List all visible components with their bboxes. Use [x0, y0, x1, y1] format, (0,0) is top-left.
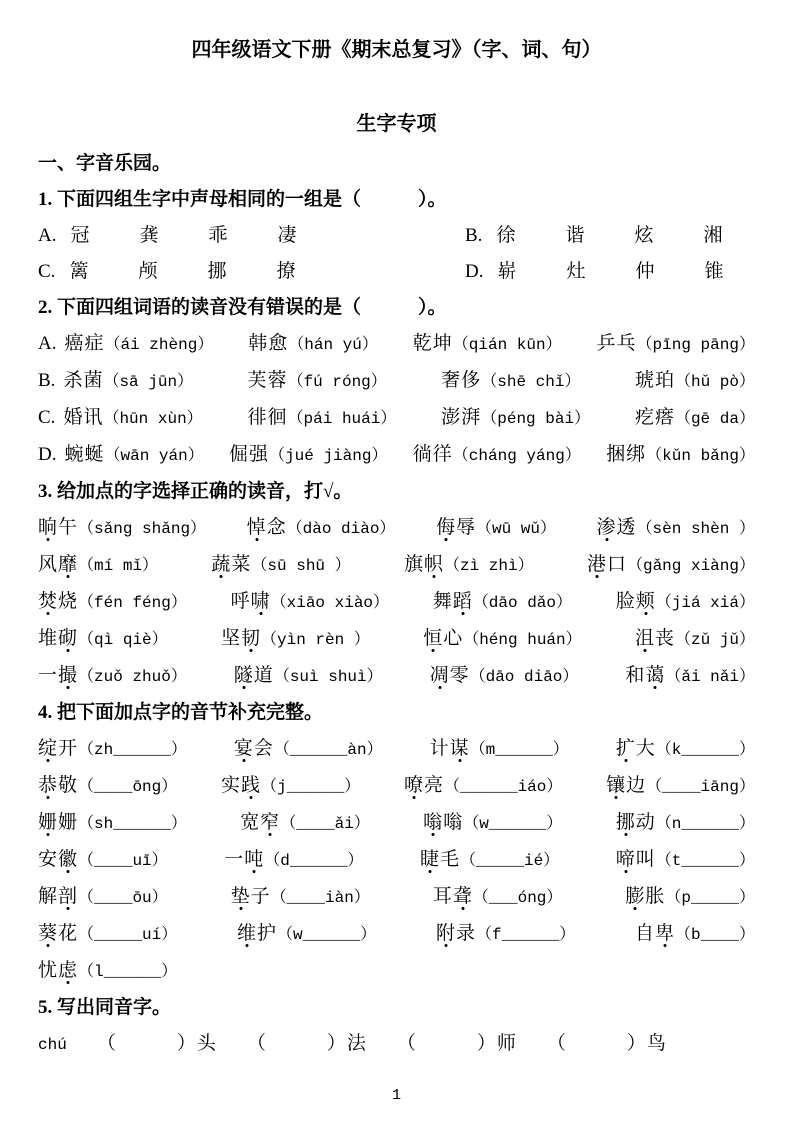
word-text: 自卑	[635, 923, 675, 944]
word-item: B.杀菌（sā jūn）	[38, 363, 193, 400]
q5-heading: 5. 写出同音字。	[38, 990, 755, 1026]
word-text: 恒心	[423, 628, 463, 649]
page-title: 四年级语文下册《期末总复习》（字、词、句）	[38, 36, 755, 64]
word-text: 隧道	[234, 665, 274, 686]
word-item: 脸颊（jiá xiá）	[616, 584, 755, 621]
q2-row-b: B.杀菌（sā jūn） 芙蓉（fú róng） 奢侈（shē chǐ） 琥珀（…	[38, 363, 755, 400]
pinyin-lead: chú	[38, 1027, 67, 1063]
word-text: 堆砌	[38, 628, 78, 649]
word-text: 乾坤	[413, 333, 453, 354]
word-text: 恭敬	[38, 775, 78, 796]
page-number: 1	[0, 1087, 793, 1104]
word-item: C.婚讯（hūn xùn）	[38, 400, 203, 437]
word-item: 乒乓（pīng pāng）	[597, 326, 755, 363]
q1-option-b: B.徐谐炫湘	[465, 218, 723, 254]
q1-option-c: C.篱颅挪撩	[38, 254, 465, 290]
word-item: 港口（gǎng xiàng）	[587, 547, 755, 584]
option-label: A.	[38, 225, 56, 246]
word-text: 癌症	[64, 333, 104, 354]
syllable-blank: （b____）	[675, 926, 755, 944]
word-item: 一吨（d______）	[224, 842, 363, 879]
pinyin-text: （wān yán）	[105, 447, 204, 465]
syllable-blank: （zh______）	[78, 741, 187, 759]
syllable-blank: （sh______）	[78, 815, 187, 833]
pinyin-text: （zì zhì）	[444, 557, 534, 575]
word-text: 倔强	[229, 444, 269, 465]
word-item: 解剖（____ōu）	[38, 879, 168, 916]
blank-word: （ ）鸟	[547, 1026, 667, 1062]
q4-row: 姗姗（sh______） 宽窄（____ǎi） 嗡嗡（w______） 挪动（n…	[38, 805, 755, 842]
pinyin-text: （wū wǔ）	[476, 520, 556, 538]
pinyin-text: （cháng yáng）	[453, 447, 581, 465]
word-item: D.蜿蜒（wān yán）	[38, 437, 204, 474]
word-text: 舞蹈	[433, 591, 473, 612]
pinyin-text: （héng huán）	[463, 631, 581, 649]
word-item: 坚韧（yìn rèn ）	[221, 621, 370, 658]
word-text: 实践	[221, 775, 261, 796]
word-item: 嘹亮（______iáo）	[404, 768, 562, 805]
word-item: 焚烧（fén féng）	[38, 584, 187, 621]
pinyin-text: （gǎng xiàng）	[627, 557, 755, 575]
pinyin-text: （dāo dǎo）	[473, 594, 572, 612]
word-item: 啼叫（t______）	[616, 842, 755, 879]
pinyin-text: （dāo diāo）	[470, 668, 579, 686]
word-item: 沮丧（zǔ jǔ）	[635, 621, 755, 658]
word-text: 韩愈	[248, 333, 288, 354]
option-char: 颅	[138, 254, 157, 290]
word-text: 芙蓉	[248, 370, 288, 391]
syllable-blank: （____ōu）	[78, 889, 168, 907]
q3-heading: 3. 给加点的字选择正确的读音，打√。	[38, 474, 755, 510]
word-item: 绽开（zh______）	[38, 731, 187, 768]
row-label: D.	[38, 444, 56, 465]
word-item: 维护（w______）	[237, 916, 376, 953]
pinyin-text: （sǎng shǎng）	[78, 520, 206, 538]
q4-heading: 4. 把下面加点字的音节补充完整。	[38, 695, 755, 731]
word-item: 附录（f______）	[436, 916, 575, 953]
syllable-blank: （w______）	[277, 926, 376, 944]
word-item: 耳聋（___óng）	[433, 879, 563, 916]
q2-row-d: D.蜿蜒（wān yán） 倔强（jué jiàng） 徜徉（cháng yán…	[38, 437, 755, 474]
word-text: 姗姗	[38, 812, 78, 833]
word-text: 悼念	[247, 517, 287, 538]
blank-word: （ ）法	[247, 1026, 367, 1062]
word-item: 捆绑（kǔn bǎng）	[606, 437, 755, 474]
word-text: 附录	[436, 923, 476, 944]
word-text: 一撮	[38, 665, 78, 686]
word-item: 垫子（____iàn）	[231, 879, 370, 916]
word-item: 睫毛（_____ié）	[420, 842, 559, 879]
word-text: 扩大	[616, 738, 656, 759]
pinyin-text: （qián kūn）	[453, 336, 562, 354]
word-text: 港口	[587, 554, 627, 575]
document-page: 四年级语文下册《期末总复习》（字、词、句） 生字专项 一、字音乐园。 1. 下面…	[0, 0, 793, 1063]
word-text: 挪动	[616, 812, 656, 833]
row-label: B.	[38, 370, 55, 391]
syllable-blank: （_____ié）	[460, 852, 559, 870]
q4-row: 解剖（____ōu） 垫子（____iàn） 耳聋（___óng） 膨胀（p__…	[38, 879, 755, 916]
q4-row: 安徽（____uī） 一吨（d______） 睫毛（_____ié） 啼叫（t_…	[38, 842, 755, 879]
option-char: 锥	[705, 254, 724, 290]
word-item: 芙蓉（fú róng）	[248, 363, 387, 400]
word-text: 啼叫	[616, 849, 656, 870]
q1-option-a: A.冠龚乖凄	[38, 218, 465, 254]
q2-row-a: A.癌症（ái zhèng） 韩愈（hán yú） 乾坤（qián kūn） 乒…	[38, 326, 755, 363]
q4-row: 葵花（_____uí） 维护（w______） 附录（f______） 自卑（b…	[38, 916, 755, 953]
syllable-blank: （____ǎi）	[280, 815, 370, 833]
option-label: B.	[465, 225, 482, 246]
pinyin-text: （hán yú）	[288, 336, 378, 354]
word-item: 堆砌（qì qiè）	[38, 621, 168, 658]
word-item: 渗透（sèn shèn ）	[597, 510, 755, 547]
q3-row: 焚烧（fén féng） 呼啸（xiāo xiào） 舞蹈（dāo dǎo） 脸…	[38, 584, 755, 621]
pinyin-text: （jiá xiá）	[656, 594, 755, 612]
word-text: 徘徊	[248, 407, 288, 428]
word-text: 解剖	[38, 886, 78, 907]
pinyin-text: （sèn shèn ）	[637, 520, 755, 538]
option-char: 凄	[278, 218, 297, 254]
word-text: 宽窄	[240, 812, 280, 833]
word-item: 澎湃（péng bài）	[441, 400, 590, 437]
word-item: 挪动（n______）	[616, 805, 755, 842]
pinyin-text: （sā jūn）	[103, 373, 193, 391]
syllable-blank: （______iáo）	[444, 778, 562, 796]
part-one-heading: 一、字音乐园。	[38, 146, 755, 182]
option-char: 灶	[567, 254, 586, 290]
pinyin-text: （sū shū ）	[251, 557, 350, 575]
word-text: 乒乓	[597, 333, 637, 354]
word-item: 琥珀（hǔ pò）	[635, 363, 755, 400]
word-item: A.癌症（ái zhèng）	[38, 326, 213, 363]
option-label: D.	[465, 261, 483, 282]
word-item: 隧道（suì shuì）	[234, 658, 383, 695]
syllable-blank: （j______）	[261, 778, 360, 796]
blank-word: （ ）头	[97, 1026, 217, 1062]
word-text: 宴会	[234, 738, 274, 759]
pinyin-text: （mí mǐ）	[78, 557, 158, 575]
word-text: 渗透	[597, 517, 637, 538]
pinyin-text: （kǔn bǎng）	[646, 447, 755, 465]
pinyin-text: （pái huái）	[288, 410, 397, 428]
word-item: 扩大（k______）	[616, 731, 755, 768]
word-item: 徘徊（pái huái）	[248, 400, 397, 437]
word-text: 绽开	[38, 738, 78, 759]
syllable-blank: （____ōng）	[78, 778, 177, 796]
word-item: 安徽（____uī）	[38, 842, 168, 879]
q2-row-c: C.婚讯（hūn xùn） 徘徊（pái huái） 澎湃（péng bài） …	[38, 400, 755, 437]
word-text: 和蔼	[625, 665, 665, 686]
option-char: 撩	[276, 254, 295, 290]
word-text: 杀菌	[63, 370, 103, 391]
option-char: 龚	[140, 218, 159, 254]
word-item: 宽窄（____ǎi）	[240, 805, 370, 842]
word-item: 姗姗（sh______）	[38, 805, 187, 842]
option-char: 冠	[70, 218, 89, 254]
word-item: 徜徉（cháng yáng）	[413, 437, 581, 474]
q4-row: 恭敬（____ōng） 实践（j______） 嘹亮（______iáo） 镶边…	[38, 768, 755, 805]
word-text: 婚讯	[63, 407, 103, 428]
word-text: 琥珀	[635, 370, 675, 391]
syllable-blank: （w______）	[463, 815, 562, 833]
word-text: 徜徉	[413, 444, 453, 465]
option-char: 湘	[703, 218, 722, 254]
option-char: 篱	[69, 254, 88, 290]
q2-heading: 2. 下面四组词语的读音没有错误的是（ ）。	[38, 290, 755, 326]
word-text: 焚烧	[38, 591, 78, 612]
word-item: 疙瘩（gē da）	[635, 400, 755, 437]
syllable-blank: （m______）	[470, 741, 569, 759]
word-item: 呼啸（xiāo xiào）	[231, 584, 389, 621]
syllable-blank: （t______）	[656, 852, 755, 870]
option-label: C.	[38, 261, 55, 282]
q1-heading: 1. 下面四组生字中声母相同的一组是（ ）。	[38, 182, 755, 218]
q4-row-last: 忧虑（l______）	[38, 953, 755, 990]
option-char: 崭	[497, 254, 516, 290]
word-item: 忧虑（l______）	[38, 960, 177, 981]
word-text: 凋零	[430, 665, 470, 686]
word-text: 坚韧	[221, 628, 261, 649]
word-item: 宴会（______àn）	[234, 731, 383, 768]
q1-options-row-2: C.篱颅挪撩 D.崭灶仲锥	[38, 254, 755, 290]
word-text: 蜿蜒	[64, 444, 104, 465]
word-text: 捆绑	[606, 444, 646, 465]
pinyin-text: （jué jiàng）	[269, 447, 387, 465]
row-label: A.	[38, 333, 56, 354]
word-item: 韩愈（hán yú）	[248, 326, 378, 363]
word-text: 计谋	[430, 738, 470, 759]
word-item: 旗帜（zì zhì）	[404, 547, 534, 584]
word-text: 嘹亮	[404, 775, 444, 796]
pinyin-text: （xiāo xiào）	[271, 594, 389, 612]
q4-row: 绽开（zh______） 宴会（______àn） 计谋（m______） 扩大…	[38, 731, 755, 768]
word-text: 一吨	[224, 849, 264, 870]
word-item: 自卑（b____）	[635, 916, 755, 953]
word-item: 恒心（héng huán）	[423, 621, 581, 658]
option-char: 徐	[496, 218, 515, 254]
q3-row: 晌午（sǎng shǎng） 悼念（dào diào） 侮辱（wū wǔ） 渗透…	[38, 510, 755, 547]
syllable-blank: （k______）	[656, 741, 755, 759]
blank-word: （ ）师	[397, 1026, 517, 1062]
option-char: 挪	[207, 254, 226, 290]
syllable-blank: （f______）	[476, 926, 575, 944]
syllable-blank: （n______）	[656, 815, 755, 833]
word-text: 蔬菜	[211, 554, 251, 575]
word-text: 旗帜	[404, 554, 444, 575]
q3-row: 风靡（mí mǐ） 蔬菜（sū shū ） 旗帜（zì zhì） 港口（gǎng…	[38, 547, 755, 584]
option-char: 乖	[209, 218, 228, 254]
pinyin-text: （suì shuì）	[274, 668, 383, 686]
word-text: 忧虑	[38, 960, 78, 981]
word-text: 侮辱	[436, 517, 476, 538]
row-label: C.	[38, 407, 55, 428]
word-item: 和蔼（ǎi nǎi）	[625, 658, 755, 695]
word-item: 恭敬（____ōng）	[38, 768, 177, 805]
syllable-blank: （_____uí）	[78, 926, 177, 944]
syllable-blank: （l______）	[78, 963, 177, 981]
pinyin-text: （fén féng）	[78, 594, 187, 612]
word-text: 奢侈	[441, 370, 481, 391]
pinyin-text: （hǔ pò）	[675, 373, 755, 391]
word-text: 葵花	[38, 923, 78, 944]
word-item: 倔强（jué jiàng）	[229, 437, 387, 474]
word-text: 垫子	[231, 886, 271, 907]
word-text: 维护	[237, 923, 277, 944]
pinyin-text: （ǎi nǎi）	[665, 668, 755, 686]
word-item: 奢侈（shē chǐ）	[441, 363, 580, 400]
syllable-blank: （p_____）	[665, 889, 755, 907]
q5-row: chú （ ）头 （ ）法 （ ）师 （ ）鸟	[38, 1026, 755, 1063]
option-char: 炫	[634, 218, 653, 254]
word-item: 蔬菜（sū shū ）	[211, 547, 350, 584]
word-item: 膨胀（p_____）	[625, 879, 755, 916]
syllable-blank: （____iāng）	[646, 778, 755, 796]
option-char: 谐	[565, 218, 584, 254]
word-text: 风靡	[38, 554, 78, 575]
word-text: 膨胀	[625, 886, 665, 907]
pinyin-text: （fú róng）	[288, 373, 387, 391]
syllable-blank: （d______）	[264, 852, 363, 870]
syllable-blank: （______àn）	[274, 741, 383, 759]
option-char: 仲	[636, 254, 655, 290]
word-text: 澎湃	[441, 407, 481, 428]
q3-row: 一撮（zuǒ zhuǒ） 隧道（suì shuì） 凋零（dāo diāo） 和…	[38, 658, 755, 695]
pinyin-text: （zuǒ zhuǒ）	[78, 668, 187, 686]
syllable-blank: （____uī）	[78, 852, 168, 870]
section-title: 生字专项	[38, 110, 755, 138]
word-text: 沮丧	[635, 628, 675, 649]
word-item: 晌午（sǎng shǎng）	[38, 510, 206, 547]
word-item: 侮辱（wū wǔ）	[436, 510, 556, 547]
word-item: 凋零（dāo diāo）	[430, 658, 579, 695]
word-item: 乾坤（qián kūn）	[413, 326, 562, 363]
word-text: 睫毛	[420, 849, 460, 870]
word-text: 晌午	[38, 517, 78, 538]
pinyin-text: （gē da）	[675, 410, 755, 428]
pinyin-text: （yìn rèn ）	[261, 631, 370, 649]
pinyin-text: （shē chǐ）	[481, 373, 580, 391]
pinyin-text: （péng bài）	[481, 410, 590, 428]
pinyin-text: （hūn xùn）	[103, 410, 202, 428]
word-text: 嗡嗡	[423, 812, 463, 833]
word-item: 悼念（dào diào）	[247, 510, 396, 547]
pinyin-text: （ái zhèng）	[105, 336, 214, 354]
pinyin-text: （pīng pāng）	[637, 336, 755, 354]
word-item: 计谋（m______）	[430, 731, 569, 768]
word-text: 镶边	[606, 775, 646, 796]
q3-row: 堆砌（qì qiè） 坚韧（yìn rèn ） 恒心（héng huán） 沮丧…	[38, 621, 755, 658]
word-text: 呼啸	[231, 591, 271, 612]
pinyin-text: （zǔ jǔ）	[675, 631, 755, 649]
pinyin-text: （qì qiè）	[78, 631, 168, 649]
q1-options-row-1: A.冠龚乖凄 B.徐谐炫湘	[38, 218, 755, 254]
syllable-blank: （___óng）	[473, 889, 563, 907]
word-item: 一撮（zuǒ zhuǒ）	[38, 658, 187, 695]
word-text: 疙瘩	[635, 407, 675, 428]
pinyin-text: （dào diào）	[287, 520, 396, 538]
word-item: 嗡嗡（w______）	[423, 805, 562, 842]
syllable-blank: （____iàn）	[271, 889, 370, 907]
word-text: 脸颊	[616, 591, 656, 612]
word-text: 安徽	[38, 849, 78, 870]
word-item: 风靡（mí mǐ）	[38, 547, 158, 584]
q1-option-d: D.崭灶仲锥	[465, 254, 724, 290]
word-item: 镶边（____iāng）	[606, 768, 755, 805]
word-text: 耳聋	[433, 886, 473, 907]
word-item: 舞蹈（dāo dǎo）	[433, 584, 572, 621]
word-item: 实践（j______）	[221, 768, 360, 805]
word-item: 葵花（_____uí）	[38, 916, 177, 953]
